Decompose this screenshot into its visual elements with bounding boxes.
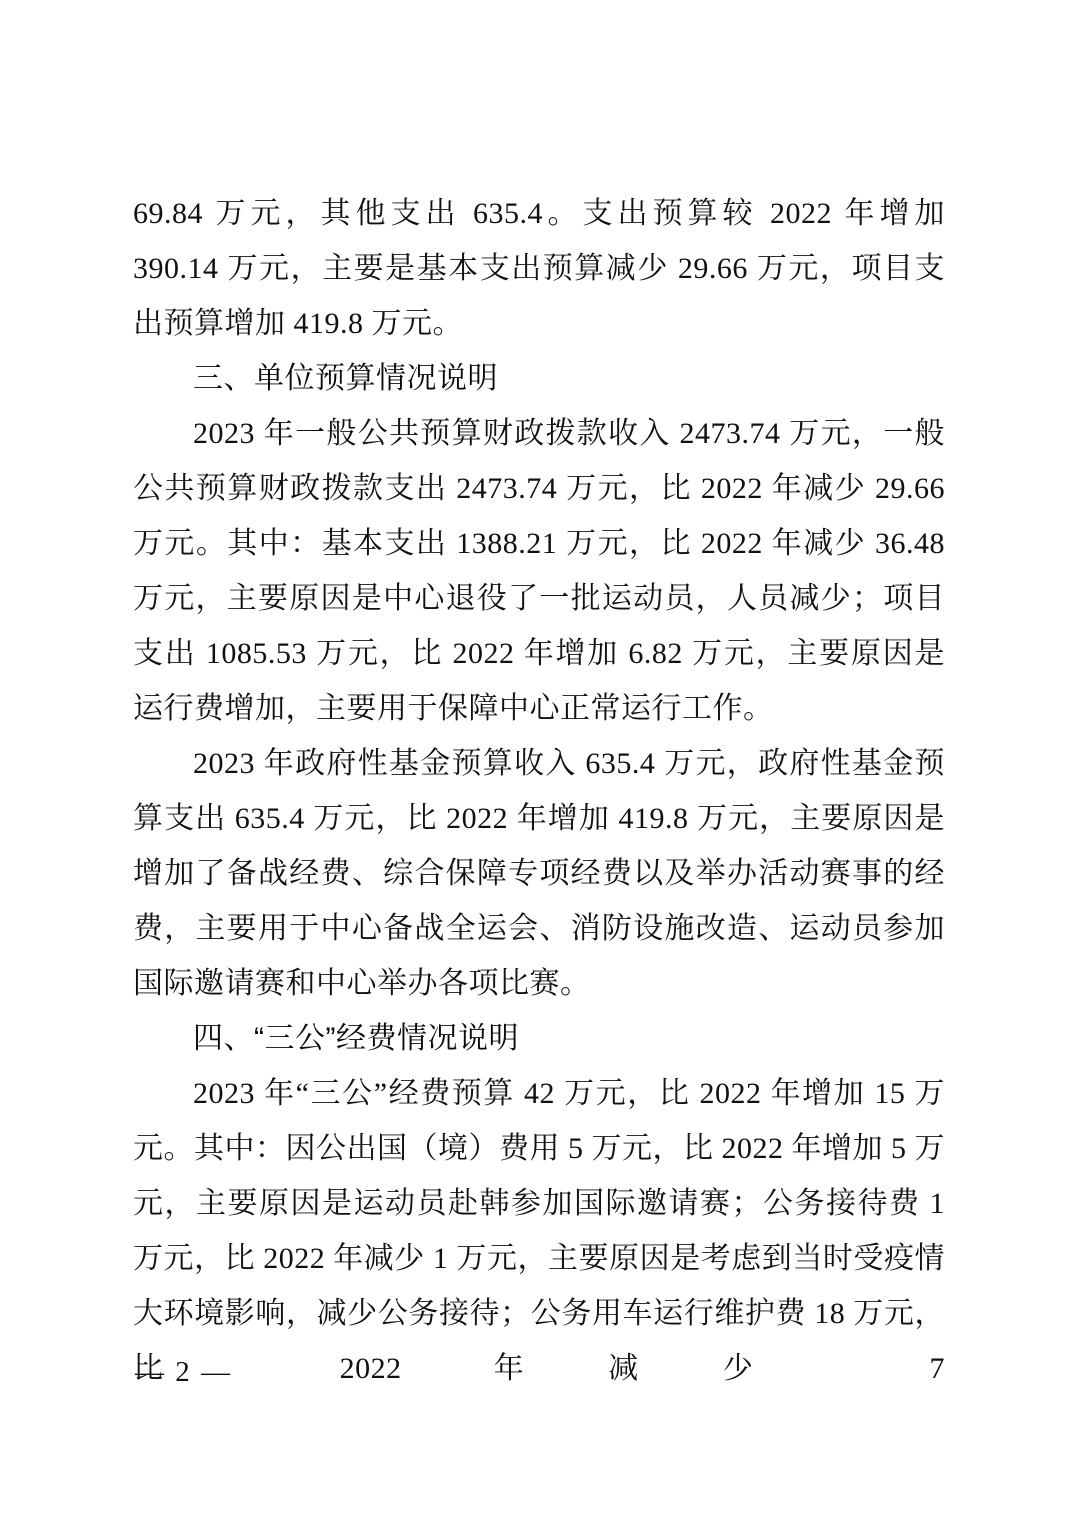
document-body: 69.84 万元，其他支出 635.4。支出预算较 2022 年增加 390.1…	[133, 186, 945, 1396]
section-heading-unit-budget: 三、单位预算情况说明	[133, 351, 945, 406]
paragraph-general-public-budget: 2023 年一般公共预算财政拨款收入 2473.74 万元，一般公共预算财政拨款…	[133, 406, 945, 736]
paragraph-government-fund-budget: 2023 年政府性基金预算收入 635.4 万元，政府性基金预算支出 635.4…	[133, 736, 945, 1011]
page-number: — 2 —	[135, 1345, 232, 1400]
document-page: 69.84 万元，其他支出 635.4。支出预算较 2022 年增加 390.1…	[0, 0, 1074, 1520]
paragraph-budget-change-continuation: 69.84 万元，其他支出 635.4。支出预算较 2022 年增加 390.1…	[133, 186, 945, 351]
paragraph-three-public-expenses: 2023 年“三公”经费预算 42 万元，比 2022 年增加 15 万元。其中…	[133, 1066, 945, 1396]
section-heading-three-public-expenses: 四、“三公”经费情况说明	[133, 1011, 945, 1066]
